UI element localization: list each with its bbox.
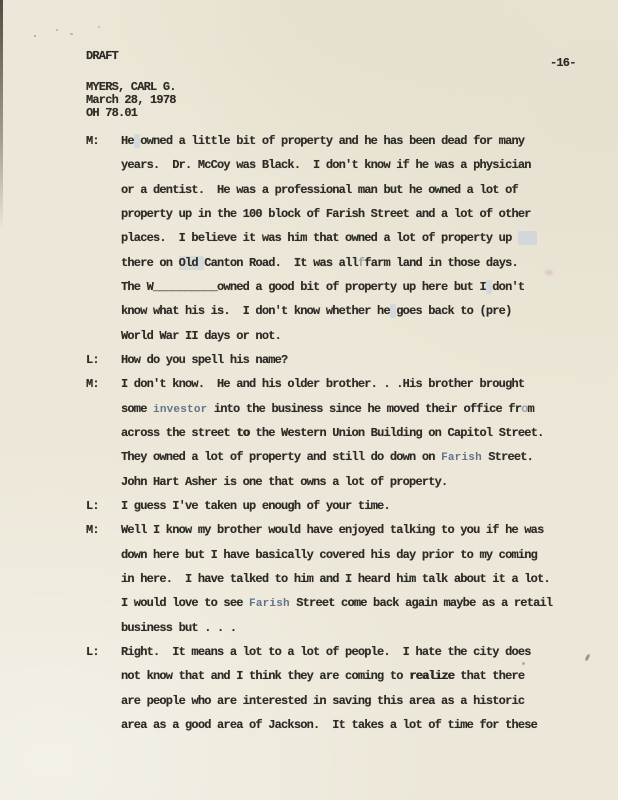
text-segment: Street come back again maybe as a retail (290, 596, 552, 610)
text-segment: The W__________owned a good bit of prope… (121, 280, 486, 294)
scan-speckle (56, 29, 58, 31)
text-segment: or a dentist. He was a professional man … (121, 183, 518, 197)
transcript-line: John Hart Asher is one that owns a lot o… (121, 470, 596, 494)
transcript-line: in here. I have talked to him and I hear… (121, 567, 596, 591)
speaker-label: L: (86, 494, 121, 518)
draft-label: DRAFT (86, 49, 118, 63)
text-segment: owned a little bit of property and he ha… (140, 134, 524, 148)
transcript-line: World War II days or not. (121, 324, 596, 348)
page-number: -16- (550, 56, 576, 70)
text-segment: I guess I've taken up enough of your tim… (121, 499, 390, 513)
text-segment: years. Dr. McCoy was Black. I don't know… (121, 158, 531, 172)
transcript-line: Heoowned a little bit of property and he… (121, 129, 596, 153)
transcript-entry: L:How do you spell his name? (86, 348, 596, 372)
transcript-line: How do you spell his name? (121, 348, 596, 372)
transcript-line: down here but I have basically covered h… (121, 543, 596, 567)
text-segment: some (121, 402, 153, 416)
text-segment: Right. It means a lot to a lot of people… (121, 645, 531, 659)
interviewee-name: MYERS, CARL G. (86, 81, 176, 94)
text-segment: there on (121, 256, 179, 270)
transcript-entry: L:Right. It means a lot to a lot of peop… (86, 640, 596, 737)
scan-speckle (70, 33, 73, 35)
text-segment: World War II days or not. (121, 329, 281, 343)
typed-correction: Farish (249, 598, 290, 610)
text-segment: to (236, 426, 249, 440)
text-segment: Street. (482, 450, 533, 464)
speech-lines: Heoowned a little bit of property and he… (121, 129, 596, 348)
speech-lines: How do you spell his name? (121, 348, 596, 372)
text-segment: the Western Union Building on Capitol St… (249, 426, 543, 440)
text-segment: places. I believe it was him that owned … (121, 231, 518, 245)
transcript-line: some investor into the business since he… (121, 397, 596, 421)
transcript-line: The W__________owned a good bit of prope… (121, 275, 596, 299)
text-segment: realize (409, 669, 454, 683)
transcript-line: area as a good area of Jackson. It takes… (121, 713, 596, 737)
transcript-line: Well I know my brother would have enjoye… (121, 518, 596, 542)
text-segment: farm land in those days. (364, 256, 518, 270)
scan-speckle (34, 35, 36, 37)
transcript-line: or a dentist. He was a professional man … (121, 178, 596, 202)
text-segment: He (121, 134, 134, 148)
interview-date: March 28, 1978 (86, 94, 176, 107)
speech-lines: Right. It means a lot to a lot of people… (121, 640, 596, 737)
text-segment: goes back to (pre) (396, 304, 511, 318)
text-segment: business but . . . (121, 621, 236, 635)
transcript-line: I would love to see Farish Street come b… (121, 591, 596, 615)
speaker-label: M: (86, 129, 121, 153)
typed-correction: investor (153, 404, 207, 416)
transcript-entry: M:I don't know. He and his older brother… (86, 372, 596, 494)
text-segment: across the street (121, 426, 236, 440)
scanned-page: DRAFT -16- MYERS, CARL G. March 28, 1978… (0, 0, 618, 800)
transcript-line: I guess I've taken up enough of your tim… (121, 494, 596, 518)
text-segment: How do you spell his name? (121, 353, 287, 367)
text-segment: know what his is. I don't know whether h… (121, 304, 390, 318)
scan-edge-artifact (0, 0, 3, 230)
speaker-label: L: (86, 640, 121, 664)
transcript: M:Heoowned a little bit of property and … (86, 129, 596, 737)
transcript-line: They owned a lot of property and still d… (121, 445, 596, 469)
text-segment: don't (492, 280, 524, 294)
speaker-label: L: (86, 348, 121, 372)
transcript-entry: L:I guess I've taken up enough of your t… (86, 494, 596, 518)
speech-lines: Well I know my brother would have enjoye… (121, 518, 596, 640)
text-segment: Well I know my brother would have enjoye… (121, 523, 543, 537)
text-segment: that there (454, 669, 524, 683)
transcript-line: places. I believe it was him that owned … (121, 226, 596, 250)
speaker-label: M: (86, 518, 121, 542)
transcript-line: are people who are interested in saving … (121, 689, 596, 713)
text-segment: not know that and I think they are comin… (121, 669, 409, 683)
transcript-line: property up in the 100 block of Farish S… (121, 202, 596, 226)
typed-correction: Farish (441, 452, 482, 464)
text-segment: in here. I have talked to him and I hear… (121, 572, 550, 586)
scan-speckle (98, 26, 100, 28)
transcript-line: business but . . . (121, 616, 596, 640)
text-segment: property up in the 100 block of Farish S… (121, 207, 531, 221)
text-segment: area as a good area of Jackson. It takes… (121, 718, 537, 732)
text-segment: John Hart Asher is one that owns a lot o… (121, 475, 447, 489)
transcript-line: Right. It means a lot to a lot of people… (121, 640, 596, 664)
speaker-label: M: (86, 372, 121, 396)
transcript-line: I don't know. He and his older brother. … (121, 372, 596, 396)
transcript-line: there on Old Canton Road. It was allffar… (121, 251, 596, 275)
transcript-line: across the street to the Western Union B… (121, 421, 596, 445)
text-segment: m (528, 402, 534, 416)
text-segment: Old (179, 256, 198, 270)
transcript-line: know what his is. I don't know whether h… (121, 299, 596, 323)
text-segment: down here but I have basically covered h… (121, 548, 537, 562)
document-header: MYERS, CARL G. March 28, 1978 OH 78.01 (86, 81, 176, 119)
speech-lines: I don't know. He and his older brother. … (121, 372, 596, 494)
text-segment: are people who are interested in saving … (121, 694, 524, 708)
text-segment: They owned a lot of property and still d… (121, 450, 441, 464)
text-segment: I would love to see (121, 596, 249, 610)
transcript-entry: M:Well I know my brother would have enjo… (86, 518, 596, 640)
text-segment: Canton Road. It was all (204, 256, 358, 270)
transcript-line: not know that and I think they are comin… (121, 664, 596, 688)
text-segment: I don't know. He and his older brother. … (121, 377, 524, 391)
oral-history-number: OH 78.01 (86, 107, 176, 120)
speech-lines: I guess I've taken up enough of your tim… (121, 494, 596, 518)
transcript-entry: M:Heoowned a little bit of property and … (86, 129, 596, 348)
text-segment (518, 231, 537, 245)
text-segment: into the business since he moved their o… (207, 402, 521, 416)
transcript-line: years. Dr. McCoy was Black. I don't know… (121, 153, 596, 177)
